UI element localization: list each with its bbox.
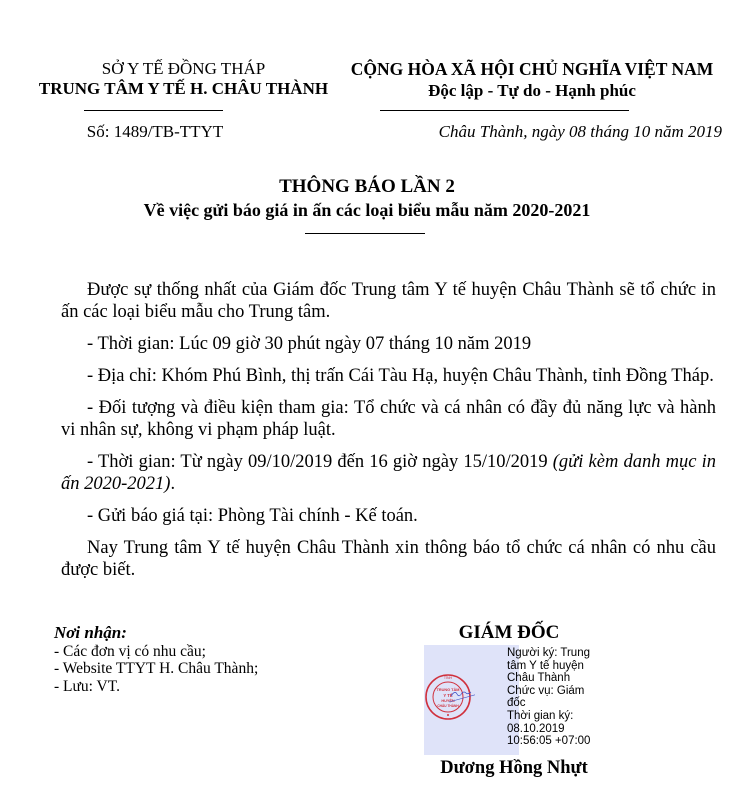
place-date: Châu Thành, ngày 08 tháng 10 năm 2019 [439, 122, 722, 142]
national-motto: Độc lập - Tự do - Hạnh phúc [330, 81, 734, 101]
organization-name: TRUNG TÂM Y TẾ H. CHÂU THÀNH [0, 79, 367, 99]
national-title: CỘNG HÒA XÃ HỘI CHỦ NGHĨA VIỆT NAM [330, 59, 734, 80]
recipients-block: Nơi nhận: - Các đơn vị có nhu cầu; - Web… [54, 624, 258, 695]
body-paragraph: - Đối tượng và điều kiện tham gia: Tổ ch… [61, 397, 716, 441]
signer-name: Dương Hồng Nhựt [424, 758, 604, 779]
recipient-item: - Lưu: VT. [54, 678, 258, 696]
body-paragraph: - Thời gian: Lúc 09 giờ 30 phút ngày 07 … [61, 333, 716, 355]
stamp-text: CHÂU THÀNH [437, 703, 459, 708]
body-paragraph: Nay Trung tâm Y tế huyện Châu Thành xin … [61, 537, 716, 581]
recipient-item: - Các đơn vị có nhu cầu; [54, 643, 258, 661]
document-subtitle: Về việc gửi báo giá in ấn các loại biểu … [0, 200, 734, 221]
official-stamp-icon: TỈNH TRUNG TÂM Y TẾ HUYỆN CHÂU THÀNH [425, 672, 475, 722]
stamp-text: TỈNH [444, 675, 453, 680]
body-paragraph: - Gửi báo giá tại: Phòng Tài chính - Kế … [61, 505, 716, 527]
body-paragraph: Được sự thống nhất của Giám đốc Trung tâ… [61, 279, 716, 323]
department-name: SỞ Y TẾ ĐỒNG THÁP [0, 59, 367, 79]
body-paragraph: - Thời gian: Từ ngày 09/10/2019 đến 16 g… [61, 451, 716, 495]
document-body: Được sự thống nhất của Giám đốc Trung tâ… [61, 279, 716, 581]
recipient-item: - Website TTYT H. Châu Thành; [54, 660, 258, 678]
right-header-rule [380, 110, 629, 111]
document-number: Số: 1489/TB-TTYT [0, 122, 310, 142]
body-text: . [170, 474, 175, 494]
body-paragraph: - Địa chỉ: Khóm Phú Bình, thị trấn Cái T… [61, 365, 716, 387]
left-header-rule [84, 110, 223, 111]
stamp-text: TRUNG TÂM [437, 687, 460, 692]
document-title: THÔNG BÁO LẦN 2 [0, 176, 734, 198]
body-text: - Thời gian: Từ ngày 09/10/2019 đến 16 g… [87, 452, 553, 472]
signer-title: GIÁM ĐỐC [424, 622, 594, 644]
digital-signature-info: Người ký: Trung tâm Y tế huyện Châu Thàn… [507, 647, 590, 748]
title-rule [305, 233, 425, 234]
recipients-heading: Nơi nhận: [54, 624, 258, 642]
stamp-text: HUYỆN [441, 698, 455, 703]
